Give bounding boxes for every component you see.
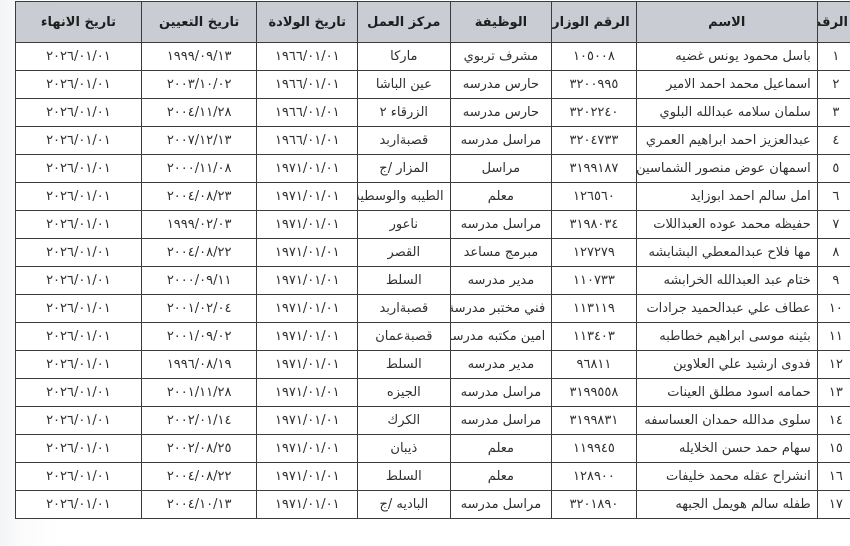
cell-end-date: ٢٠٢٦/٠١/٠١	[16, 323, 142, 351]
table-row: ١٢ فدوى ارشيد علي العلاوين ٩٦٨١١ مدير مد…	[16, 351, 850, 379]
cell-job: مدير مدرسه	[450, 351, 552, 379]
cell-ministry-number: ٣١٩٩١٨٧	[552, 155, 637, 183]
cell-end-date: ٢٠٢٦/٠١/٠١	[16, 435, 142, 463]
cell-appointment-date: ٢٠٠٢/٠١/١٤	[141, 407, 257, 435]
cell-index: ١٢	[817, 351, 850, 379]
cell-index: ٤	[817, 127, 850, 155]
table-row: ٥ اسمهان عوض منصور الشماسين ٣١٩٩١٨٧ مراس…	[16, 155, 850, 183]
cell-end-date: ٢٠٢٦/٠١/٠١	[16, 351, 142, 379]
cell-index: ١٣	[817, 379, 850, 407]
cell-birth-date: ١٩٦٦/٠١/٠١	[257, 127, 358, 155]
cell-ministry-number: ٣١٩٨٠٣٤	[552, 211, 637, 239]
cell-job: معلم	[450, 183, 552, 211]
cell-index: ٥	[817, 155, 850, 183]
header-birth-date: تاريخ الولادة	[257, 2, 358, 43]
table-row: ١٦ انشراح عقله محمد خليفات ١٢٨٩٠٠ معلم ا…	[16, 463, 850, 491]
cell-birth-date: ١٩٧١/٠١/٠١	[257, 379, 358, 407]
table-row: ٩ ختام عبد العبدالله الخرابشه ١١٠٧٣٣ مدي…	[16, 267, 850, 295]
cell-appointment-date: ٢٠٠٠/١١/٠٨	[141, 155, 257, 183]
cell-index: ١٥	[817, 435, 850, 463]
cell-birth-date: ١٩٧١/٠١/٠١	[257, 491, 358, 519]
cell-name: سلمان سلامه عبدالله البلوي	[636, 99, 817, 127]
cell-work-center: الكرك	[358, 407, 451, 435]
cell-work-center: قصبةاربد	[358, 295, 451, 323]
cell-name: امل سالم احمد ابوزايد	[636, 183, 817, 211]
cell-job: مراسل مدرسه	[450, 127, 552, 155]
table-row: ١ باسل محمود يونس غضيه ١٠٥٠٠٨ مشرف تربوي…	[16, 43, 850, 71]
cell-name: حمامه اسود مطلق العينات	[636, 379, 817, 407]
cell-index: ٦	[817, 183, 850, 211]
cell-ministry-number: ١٠٥٠٠٨	[552, 43, 637, 71]
cell-end-date: ٢٠٢٦/٠١/٠١	[16, 127, 142, 155]
table-row: ١٧ طفله سالم هويمل الجبهه ٣٢٠١٨٩٠ مراسل …	[16, 491, 850, 519]
cell-name: اسماعيل محمد احمد الامير	[636, 71, 817, 99]
cell-birth-date: ١٩٧١/٠١/٠١	[257, 323, 358, 351]
cell-end-date: ٢٠٢٦/٠١/٠١	[16, 463, 142, 491]
cell-name: انشراح عقله محمد خليفات	[636, 463, 817, 491]
cell-work-center: عين الباشا	[358, 71, 451, 99]
header-name: الاسم	[636, 2, 817, 43]
cell-ministry-number: ٣٢٠٢٢٤٠	[552, 99, 637, 127]
cell-job: مدير مدرسه	[450, 267, 552, 295]
cell-appointment-date: ٢٠٠٤/١١/٢٨	[141, 99, 257, 127]
cell-appointment-date: ١٩٩٩/٠٩/١٣	[141, 43, 257, 71]
cell-ministry-number: ١٢٦٥٦٠	[552, 183, 637, 211]
cell-name: طفله سالم هويمل الجبهه	[636, 491, 817, 519]
cell-index: ١٤	[817, 407, 850, 435]
cell-index: ١٦	[817, 463, 850, 491]
cell-job: مراسل	[450, 155, 552, 183]
cell-work-center: السلط	[358, 463, 451, 491]
cell-name: سلوى مدالله حمدان العساسفه	[636, 407, 817, 435]
table-row: ٤ عبدالعزيز احمد ابراهيم العمري ٣٢٠٤٧٣٣ …	[16, 127, 850, 155]
cell-birth-date: ١٩٧١/٠١/٠١	[257, 183, 358, 211]
cell-index: ٨	[817, 239, 850, 267]
table-row: ٣ سلمان سلامه عبدالله البلوي ٣٢٠٢٢٤٠ حار…	[16, 99, 850, 127]
cell-birth-date: ١٩٧١/٠١/٠١	[257, 407, 358, 435]
cell-appointment-date: ٢٠٠٠/٠٩/١١	[141, 267, 257, 295]
cell-name: حفيظه محمد عوده العبداللات	[636, 211, 817, 239]
cell-appointment-date: ١٩٩٦/٠٨/١٩	[141, 351, 257, 379]
table-row: ٦ امل سالم احمد ابوزايد ١٢٦٥٦٠ معلم الطي…	[16, 183, 850, 211]
cell-index: ١٧	[817, 491, 850, 519]
cell-ministry-number: ١١٩٩٤٥	[552, 435, 637, 463]
cell-work-center: ذيبان	[358, 435, 451, 463]
cell-end-date: ٢٠٢٦/٠١/٠١	[16, 155, 142, 183]
cell-job: مبرمج مساعد	[450, 239, 552, 267]
cell-end-date: ٢٠٢٦/٠١/٠١	[16, 211, 142, 239]
cell-work-center: القصر	[358, 239, 451, 267]
cell-job: مراسل مدرسه	[450, 491, 552, 519]
header-appointment-date: تاريخ التعيين	[141, 2, 257, 43]
header-end-date: تاريخ الانهاء	[16, 2, 142, 43]
cell-ministry-number: ١١٠٧٣٣	[552, 267, 637, 295]
cell-appointment-date: ٢٠٠٧/١٢/١٣	[141, 127, 257, 155]
cell-birth-date: ١٩٦٦/٠١/٠١	[257, 99, 358, 127]
cell-end-date: ٢٠٢٦/٠١/٠١	[16, 43, 142, 71]
table-row: ١٤ سلوى مدالله حمدان العساسفه ٣١٩٩٨٣١ مر…	[16, 407, 850, 435]
cell-name: عبدالعزيز احمد ابراهيم العمري	[636, 127, 817, 155]
cell-birth-date: ١٩٧١/٠١/٠١	[257, 267, 358, 295]
cell-appointment-date: ٢٠٠١/٠٩/٠٢	[141, 323, 257, 351]
cell-appointment-date: ٢٠٠١/٠٢/٠٤	[141, 295, 257, 323]
employee-retirement-table: الرقم الاسم الرقم الوزاري الوظيفة مركز ا…	[15, 1, 850, 519]
cell-job: معلم	[450, 435, 552, 463]
table-row: ٢ اسماعيل محمد احمد الامير ٣٢٠٠٩٩٥ حارس …	[16, 71, 850, 99]
cell-end-date: ٢٠٢٦/٠١/٠١	[16, 295, 142, 323]
table-row: ٨ مها فلاح عبدالمعطي البشابشه ١٢٧٢٧٩ مبر…	[16, 239, 850, 267]
table-row: ١٠ عطاف علي عبدالحميد جرادات ١١٣١١٩ فني …	[16, 295, 850, 323]
cell-ministry-number: ١١٣٤٠٣	[552, 323, 637, 351]
cell-birth-date: ١٩٦٦/٠١/٠١	[257, 43, 358, 71]
cell-job: حارس مدرسه	[450, 99, 552, 127]
cell-birth-date: ١٩٧١/٠١/٠١	[257, 295, 358, 323]
cell-work-center: الجيزه	[358, 379, 451, 407]
cell-work-center: ماركا	[358, 43, 451, 71]
cell-work-center: قصبةاربد	[358, 127, 451, 155]
cell-name: بثينه موسى ابراهيم خطاطبه	[636, 323, 817, 351]
cell-ministry-number: ٣١٩٩٥٥٨	[552, 379, 637, 407]
cell-end-date: ٢٠٢٦/٠١/٠١	[16, 491, 142, 519]
table-body: ١ باسل محمود يونس غضيه ١٠٥٠٠٨ مشرف تربوي…	[16, 43, 850, 519]
cell-birth-date: ١٩٦٦/٠١/٠١	[257, 71, 358, 99]
header-job: الوظيفة	[450, 2, 552, 43]
cell-appointment-date: ٢٠٠٤/٠٨/٢٢	[141, 463, 257, 491]
cell-job: حارس مدرسه	[450, 71, 552, 99]
cell-job: مراسل مدرسه	[450, 379, 552, 407]
cell-work-center: ناعور	[358, 211, 451, 239]
cell-ministry-number: ١١٣١١٩	[552, 295, 637, 323]
cell-birth-date: ١٩٧١/٠١/٠١	[257, 435, 358, 463]
cell-job: مراسل مدرسه	[450, 211, 552, 239]
cell-job: فني مختبر مدرسة	[450, 295, 552, 323]
cell-name: اسمهان عوض منصور الشماسين	[636, 155, 817, 183]
cell-end-date: ٢٠٢٦/٠١/٠١	[16, 183, 142, 211]
cell-end-date: ٢٠٢٦/٠١/٠١	[16, 71, 142, 99]
cell-name: باسل محمود يونس غضيه	[636, 43, 817, 71]
header-ministry-number: الرقم الوزاري	[552, 2, 637, 43]
cell-end-date: ٢٠٢٦/٠١/٠١	[16, 239, 142, 267]
cell-ministry-number: ٣١٩٩٨٣١	[552, 407, 637, 435]
table-row: ٧ حفيظه محمد عوده العبداللات ٣١٩٨٠٣٤ مرا…	[16, 211, 850, 239]
cell-job: مراسل مدرسه	[450, 407, 552, 435]
cell-appointment-date: ١٩٩٩/٠٢/٠٣	[141, 211, 257, 239]
cell-job: امين مكتبه مدرسه	[450, 323, 552, 351]
cell-index: ٩	[817, 267, 850, 295]
cell-name: عطاف علي عبدالحميد جرادات	[636, 295, 817, 323]
cell-ministry-number: ٩٦٨١١	[552, 351, 637, 379]
cell-name: فدوى ارشيد علي العلاوين	[636, 351, 817, 379]
cell-index: ١	[817, 43, 850, 71]
header-index: الرقم	[817, 2, 850, 43]
cell-work-center: السلط	[358, 351, 451, 379]
table-row: ١٣ حمامه اسود مطلق العينات ٣١٩٩٥٥٨ مراسل…	[16, 379, 850, 407]
cell-work-center: السلط	[358, 267, 451, 295]
cell-appointment-date: ٢٠٠٤/٠٨/٢٢	[141, 239, 257, 267]
table-header: الرقم الاسم الرقم الوزاري الوظيفة مركز ا…	[16, 2, 850, 43]
cell-appointment-date: ٢٠٠٤/١٠/١٣	[141, 491, 257, 519]
cell-appointment-date: ٢٠٠١/١١/٢٨	[141, 379, 257, 407]
cell-birth-date: ١٩٧١/٠١/٠١	[257, 351, 358, 379]
table-row: ١١ بثينه موسى ابراهيم خطاطبه ١١٣٤٠٣ امين…	[16, 323, 850, 351]
cell-birth-date: ١٩٧١/٠١/٠١	[257, 239, 358, 267]
header-row: الرقم الاسم الرقم الوزاري الوظيفة مركز ا…	[16, 2, 850, 43]
cell-job: مشرف تربوي	[450, 43, 552, 71]
cell-ministry-number: ٣٢٠٠٩٩٥	[552, 71, 637, 99]
cell-birth-date: ١٩٧١/٠١/٠١	[257, 463, 358, 491]
cell-index: ٢	[817, 71, 850, 99]
cell-ministry-number: ١٢٧٢٧٩	[552, 239, 637, 267]
header-work-center: مركز العمل	[358, 2, 451, 43]
cell-appointment-date: ٢٠٠٢/٠٨/٢٥	[141, 435, 257, 463]
document-sheet: الرقم الاسم الرقم الوزاري الوظيفة مركز ا…	[0, 0, 850, 546]
cell-appointment-date: ٢٠٠٣/١٠/٠٢	[141, 71, 257, 99]
cell-work-center: المزار /ج	[358, 155, 451, 183]
cell-birth-date: ١٩٧١/٠١/٠١	[257, 155, 358, 183]
cell-name: ختام عبد العبدالله الخرابشه	[636, 267, 817, 295]
cell-work-center: الطيبه والوسطيه	[358, 183, 451, 211]
cell-job: معلم	[450, 463, 552, 491]
cell-ministry-number: ١٢٨٩٠٠	[552, 463, 637, 491]
cell-index: ٣	[817, 99, 850, 127]
cell-appointment-date: ٢٠٠٤/٠٨/٢٣	[141, 183, 257, 211]
cell-work-center: الزرقاء ٢	[358, 99, 451, 127]
cell-index: ١١	[817, 323, 850, 351]
cell-end-date: ٢٠٢٦/٠١/٠١	[16, 99, 142, 127]
cell-index: ٧	[817, 211, 850, 239]
cell-index: ١٠	[817, 295, 850, 323]
cell-work-center: قصبةعمان	[358, 323, 451, 351]
cell-end-date: ٢٠٢٦/٠١/٠١	[16, 267, 142, 295]
cell-name: مها فلاح عبدالمعطي البشابشه	[636, 239, 817, 267]
table-row: ١٥ سهام حمد حسن الخلايله ١١٩٩٤٥ معلم ذيب…	[16, 435, 850, 463]
cell-work-center: الباديه /ج	[358, 491, 451, 519]
cell-birth-date: ١٩٧١/٠١/٠١	[257, 211, 358, 239]
cell-end-date: ٢٠٢٦/٠١/٠١	[16, 407, 142, 435]
cell-name: سهام حمد حسن الخلايله	[636, 435, 817, 463]
cell-ministry-number: ٣٢٠١٨٩٠	[552, 491, 637, 519]
cell-ministry-number: ٣٢٠٤٧٣٣	[552, 127, 637, 155]
cell-end-date: ٢٠٢٦/٠١/٠١	[16, 379, 142, 407]
